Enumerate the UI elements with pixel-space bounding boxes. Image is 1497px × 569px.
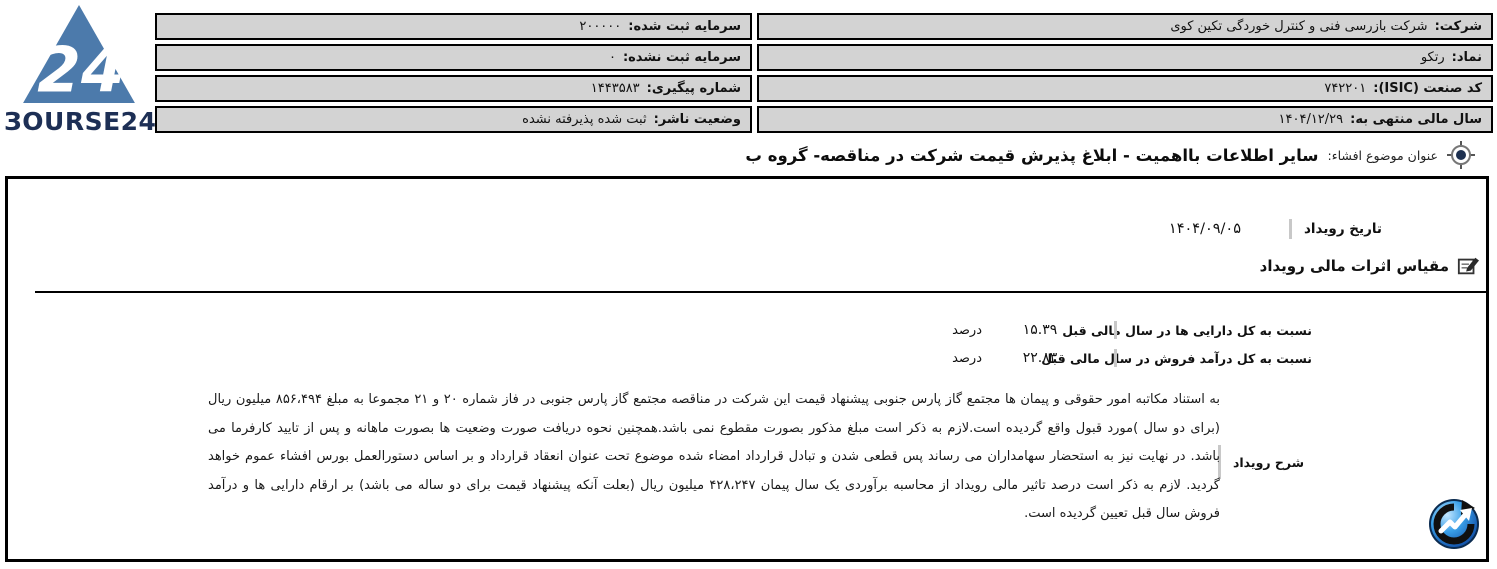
event-date-value: ۱۴۰۴/۰۹/۰۵ [1169,221,1241,237]
row-label: شرکت: [1435,19,1482,34]
row-label: وضعیت ناشر: [654,112,741,127]
ratio-value: ۱۵.۳۹ [1018,322,1062,338]
row-value: ۲۰۰۰۰۰ [579,19,621,34]
logo-triangle-icon: 24 [20,2,138,106]
row-value: ۷۴۲۲۰۱ [1324,81,1366,96]
disclosure-title-row: عنوان موضوع افشاء: سایر اطلاعات بااهمیت … [745,139,1475,171]
company-info-table: شرکت: شرکت بازرسی فنی و کنترل خوردگی تکی… [757,13,1493,137]
event-description-label-row: شرح رویداد [1218,445,1304,479]
target-crosshair-icon [1447,141,1475,169]
event-date-field: تاریخ رویداد ۱۴۰۴/۰۹/۰۵ [1169,217,1382,241]
table-row: سرمایه ثبت نشده: ۰ [155,44,752,71]
row-value: ۱۴۴۳۵۸۳ [591,81,640,96]
logo-mark: 24 [37,33,124,106]
ratio-label: نسبت به کل درآمد فروش در سال مالی قبل [1129,351,1312,366]
row-value: رتکو [1421,50,1445,65]
ratio-row-assets: نسبت به کل دارایی ها در سال مالی قبل ۱۵.… [952,319,1312,341]
table-row: وضعیت ناشر: ثبت شده پذیرفته نشده [155,106,752,133]
row-label: کد صنعت (ISIC): [1373,81,1482,96]
event-date-label: تاریخ رویداد [1304,221,1382,237]
section-divider [35,291,1486,293]
table-row: کد صنعت (ISIC): ۷۴۲۲۰۱ [757,75,1493,102]
ratio-row-revenue: نسبت به کل درآمد فروش در سال مالی قبل ۲۲… [952,347,1312,369]
row-value: ۰ [609,50,616,65]
ratio-value: ۲۲.۸۳ [1018,350,1062,366]
capital-info-table: سرمایه ثبت شده: ۲۰۰۰۰۰ سرمایه ثبت نشده: … [155,13,752,137]
event-description-label: شرح رویداد [1233,455,1304,470]
field-separator [1114,321,1117,339]
row-label: شماره پیگیری: [647,81,741,96]
row-label: نماد: [1452,50,1482,65]
row-label: سرمایه ثبت نشده: [623,50,741,65]
table-row: شماره پیگیری: ۱۴۴۳۵۸۳ [155,75,752,102]
row-value: ثبت شده پذیرفته نشده [522,112,646,127]
bourse24-logo: 24 ЗOURSE24 [4,2,154,136]
ratio-label: نسبت به کل دارایی ها در سال مالی قبل [1129,323,1312,338]
financial-scale-heading: مقیاس اثرات مالی رویداد [1260,257,1449,275]
ratio-unit: درصد [952,351,982,366]
disclosure-body: تاریخ رویداد ۱۴۰۴/۰۹/۰۵ مقیاس اثرات مالی… [5,176,1489,562]
event-description-text: به استناد مکاتبه امور حقوقی و پیمان ها م… [208,386,1220,529]
disclosure-title-subject: سایر اطلاعات بااهمیت - ابلاغ پذیرش قیمت … [745,146,1318,165]
table-row: سرمایه ثبت شده: ۲۰۰۰۰۰ [155,13,752,40]
field-separator [1114,349,1117,367]
stock-chart-circle-icon [1428,498,1480,550]
row-label: سرمایه ثبت شده: [628,19,741,34]
row-value: ۱۴۰۴/۱۲/۲۹ [1279,112,1344,127]
financial-scale-heading-row: مقیاس اثرات مالی رویداد [1260,253,1479,279]
row-label: سال مالی منتهی به: [1350,112,1482,127]
disclosure-title-prefix: عنوان موضوع افشاء: [1328,148,1438,163]
table-row: شرکت: شرکت بازرسی فنی و کنترل خوردگی تکی… [757,13,1493,40]
table-row: نماد: رتکو [757,44,1493,71]
logo-wordmark: ЗOURSE24 [4,107,154,136]
row-value: شرکت بازرسی فنی و کنترل خوردگی تکین کوی [1170,19,1427,34]
table-row: سال مالی منتهی به: ۱۴۰۴/۱۲/۲۹ [757,106,1493,133]
ratio-unit: درصد [952,323,982,338]
memo-pencil-icon [1457,255,1479,277]
field-separator [1289,219,1292,239]
